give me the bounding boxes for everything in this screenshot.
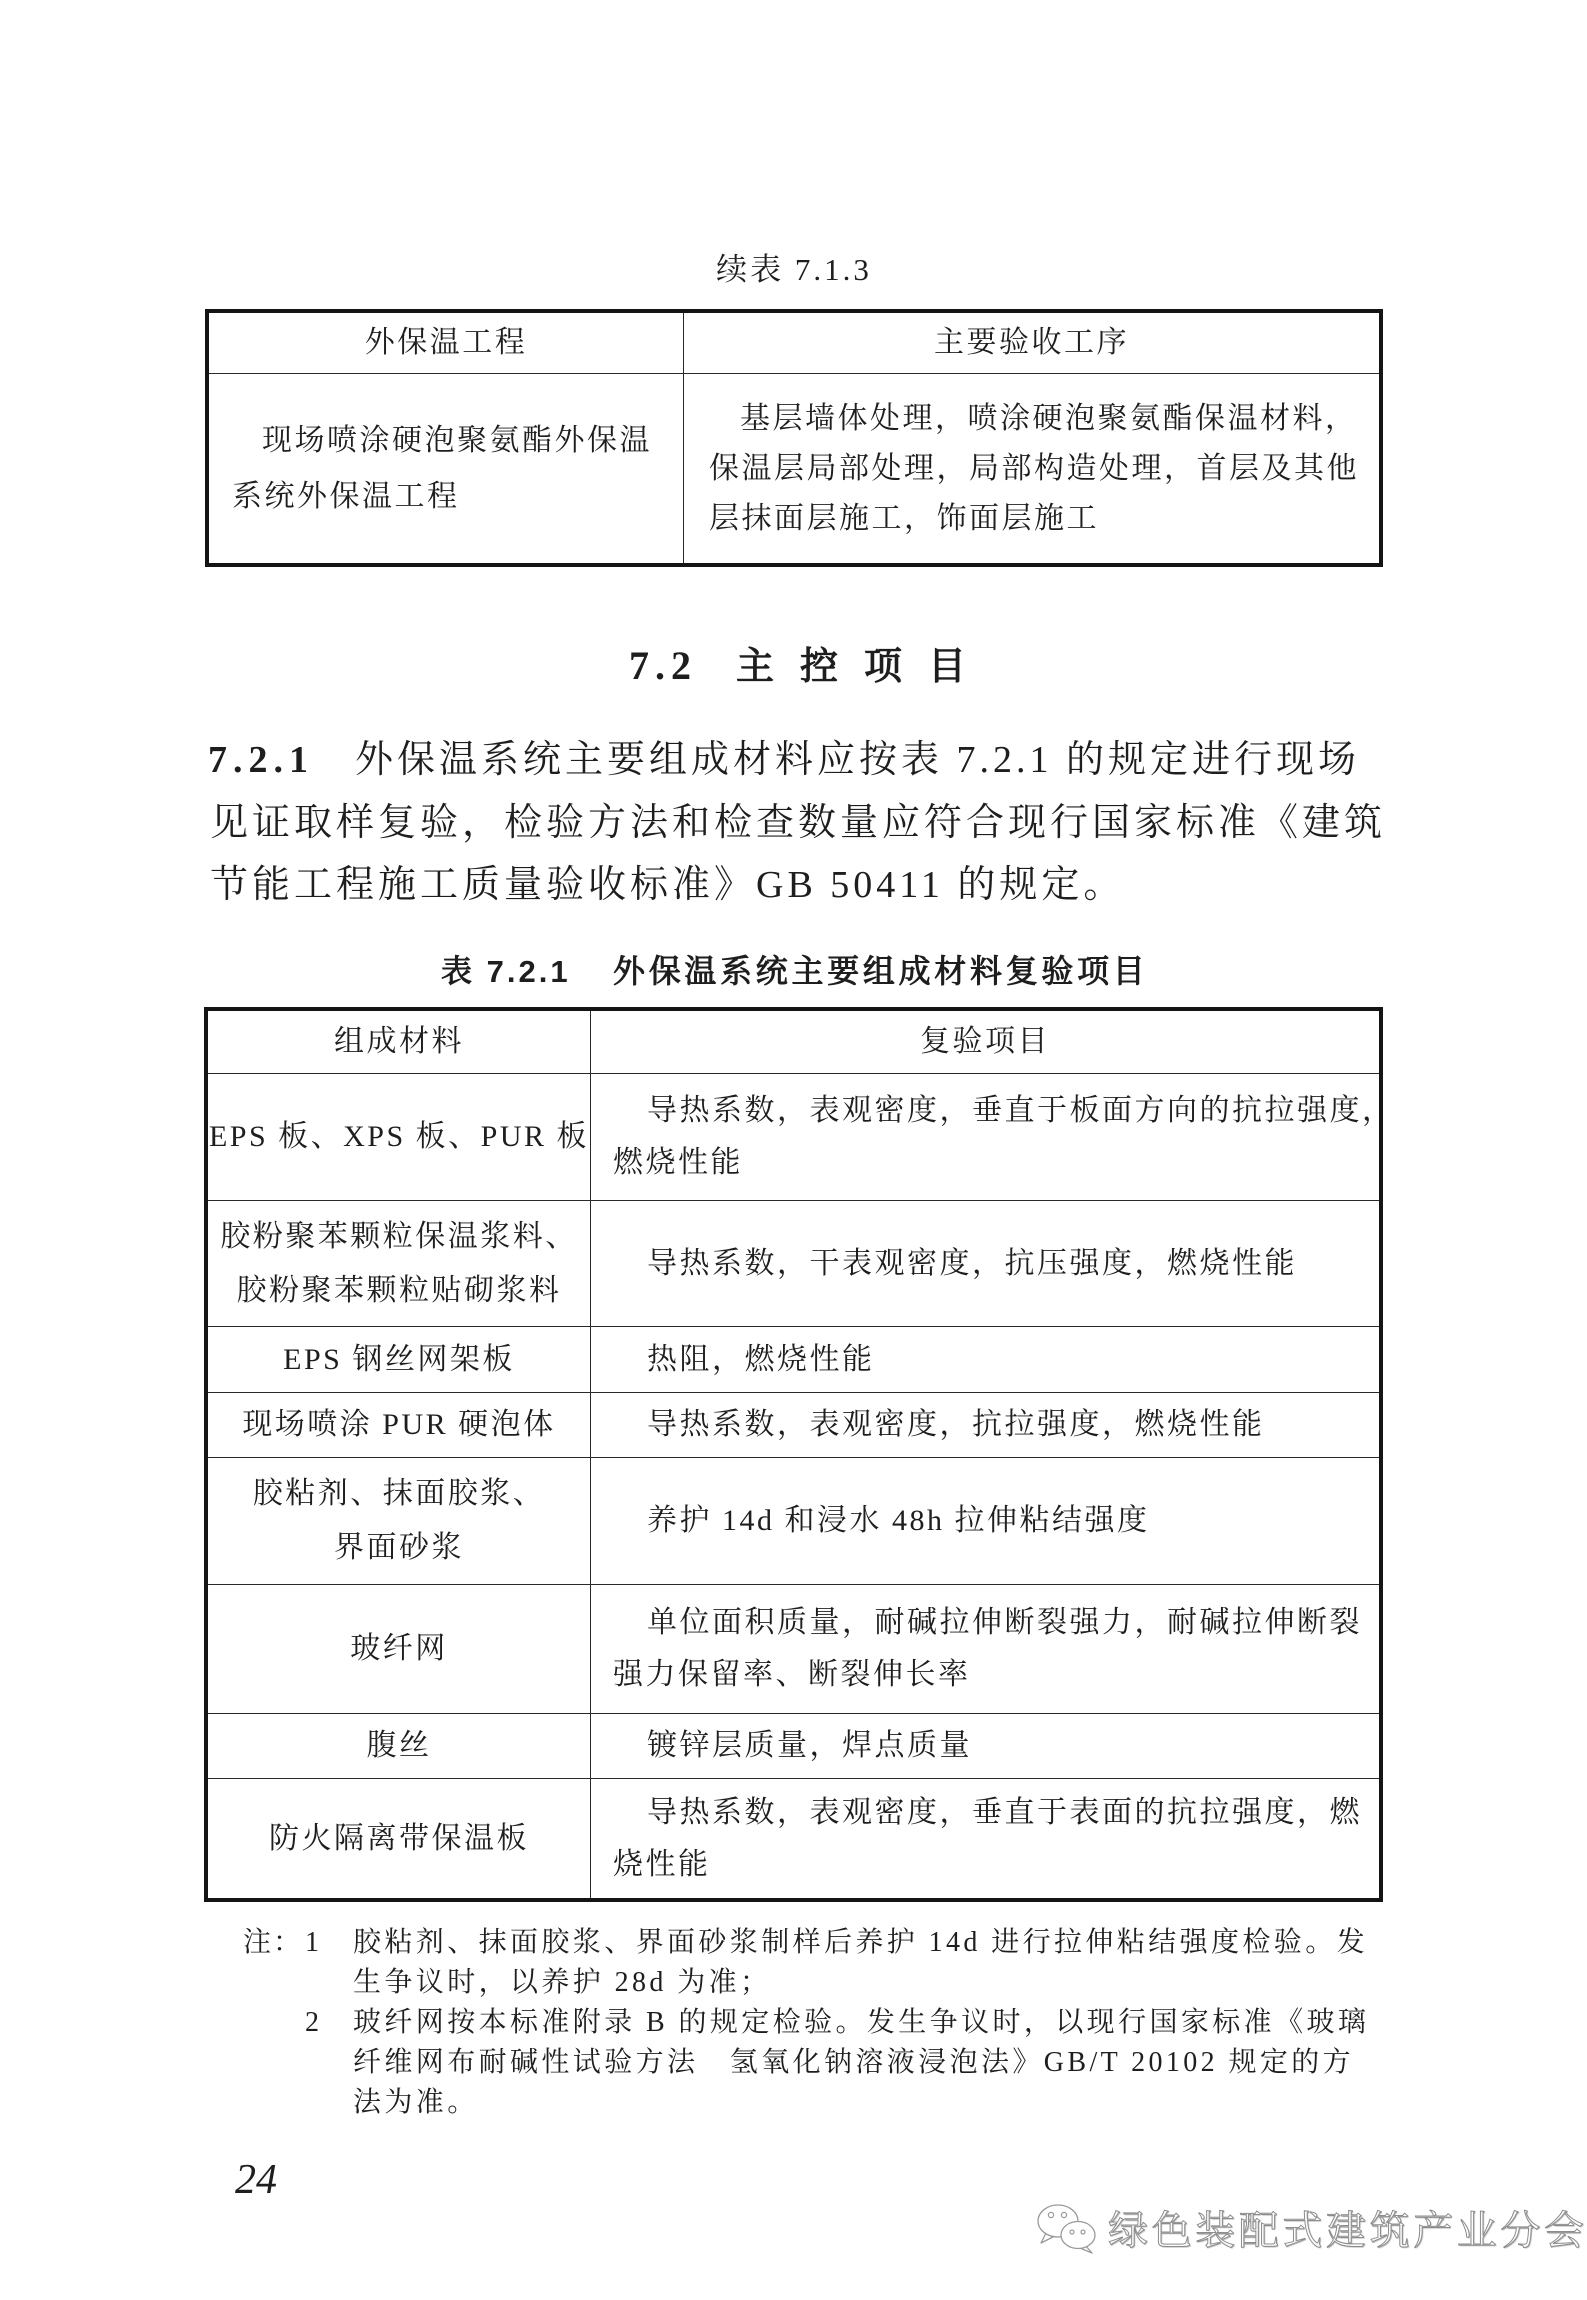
cell-line: 镀锌层质量，焊点质量 — [647, 1720, 972, 1772]
header-label-tests: 复验项目 — [920, 1022, 1050, 1062]
note-line: 法为准。 — [243, 2083, 1413, 2123]
materials-retest-table: 组成材料 复验项目 EPS 板、XPS 板、PUR 板 导热系数，表观密度，垂直… — [204, 1007, 1383, 1902]
note-number: 2 — [305, 2003, 319, 2043]
cell-material: 玻纤网 — [208, 1585, 591, 1713]
cell-line: 防火隔离带保温板 — [269, 1812, 529, 1866]
cell-material: 胶粘剂、抹面胶浆、 界面砂浆 — [208, 1458, 591, 1584]
continued-table-7-1-3: 外保温工程 主要验收工序 现场喷涂硬泡聚氨酯外保温 系统外保温工程 基层墙体处理… — [205, 309, 1383, 567]
cell-tests: 导热系数，表观密度，抗拉强度，燃烧性能 — [591, 1393, 1379, 1457]
cell-line: 界面砂浆 — [334, 1521, 464, 1575]
cell-procedure: 基层墙体处理，喷涂硬泡聚氨酯保温材料， 保温层局部处理，局部构造处理，首层及其他… — [684, 374, 1379, 563]
page-number: 24 — [235, 2155, 277, 2205]
table-header-row: 组成材料 复验项目 — [208, 1011, 1379, 1073]
cell-line: 胶粉聚苯颗粒贴砌浆料 — [237, 1264, 562, 1318]
cell-tests: 导热系数，干表观密度，抗压强度，燃烧性能 — [591, 1201, 1379, 1326]
cell-line: 热阻，燃烧性能 — [647, 1334, 875, 1386]
cell-line: 养护 14d 和浸水 48h 拉伸粘结强度 — [647, 1495, 1150, 1547]
note-line: 2 玻纤网按本标准附录 B 的规定检验。发生争议时，以现行国家标准《玻璃 — [243, 2003, 1413, 2043]
note-text: 生争议时，以养护 28d 为准； — [353, 1963, 771, 2003]
cell-line: 基层墙体处理，喷涂硬泡聚氨酯保温材料， — [740, 394, 1358, 444]
table-caption-label: 表 7.2.1 — [441, 952, 613, 992]
cell-line: 现场喷涂 PUR 硬泡体 — [242, 1398, 555, 1452]
cell-tests: 导热系数，表观密度，垂直于表面的抗拉强度，燃 烧性能 — [591, 1779, 1379, 1898]
table-row: 现场喷涂 PUR 硬泡体 导热系数，表观密度，抗拉强度，燃烧性能 — [208, 1392, 1379, 1457]
cell-tests: 单位面积质量，耐碱拉伸断裂强力，耐碱拉伸断裂 强力保留率、断裂伸长率 — [591, 1585, 1379, 1713]
notes-label: 注： — [243, 1923, 303, 1963]
table-row: 防火隔离带保温板 导热系数，表观密度，垂直于表面的抗拉强度，燃 烧性能 — [208, 1778, 1379, 1898]
clause-number: 7.2.1 — [208, 729, 355, 792]
cell-material: 防火隔离带保温板 — [208, 1779, 591, 1898]
note-text: 玻纤网按本标准附录 B 的规定检验。发生争议时，以现行国家标准《玻璃 — [353, 2003, 1369, 2043]
cell-line: 层抹面层施工，饰面层施工 — [709, 494, 1099, 544]
header-label-project: 外保温工程 — [365, 323, 528, 363]
table-caption-title: 外保温系统主要组成材料复验项目 — [613, 953, 1149, 989]
note-line: 纤维网布耐碱性试验方法 氢氧化钠溶液浸泡法》GB/T 20102 规定的方 — [243, 2043, 1413, 2083]
cell-line: 系统外保温工程 — [232, 469, 460, 525]
cell-line: 导热系数，表观密度，垂直于表面的抗拉强度，燃 — [647, 1787, 1362, 1839]
cell-material: 腹丝 — [208, 1714, 591, 1778]
cell-line: 腹丝 — [367, 1719, 432, 1773]
table-header-row: 外保温工程 主要验收工序 — [209, 313, 1379, 373]
clause-text: 外保温系统主要组成材料应按表 7.2.1 的规定进行现场 — [355, 739, 1360, 781]
cell-line: 胶粉聚苯颗粒保温浆料、 — [220, 1210, 578, 1264]
note-line: 注： 1 胶粘剂、抹面胶浆、界面砂浆制样后养护 14d 进行拉伸粘结强度检验。发 — [243, 1923, 1413, 1963]
header-cell-procedure: 主要验收工序 — [684, 313, 1379, 373]
cell-line: 玻纤网 — [350, 1622, 448, 1676]
cell-material: EPS 钢丝网架板 — [208, 1327, 591, 1392]
header-cell-material: 组成材料 — [208, 1011, 591, 1073]
table-row: 胶粉聚苯颗粒保温浆料、 胶粉聚苯颗粒贴砌浆料 导热系数，干表观密度，抗压强度，燃… — [208, 1200, 1379, 1326]
cell-line: 现场喷涂硬泡聚氨酯外保温 — [262, 413, 652, 469]
note-text: 胶粘剂、抹面胶浆、界面砂浆制样后养护 14d 进行拉伸粘结强度检验。发 — [353, 1923, 1368, 1963]
header-label-procedure: 主要验收工序 — [934, 323, 1129, 363]
cell-line: 强力保留率、断裂伸长率 — [613, 1649, 971, 1701]
cell-tests: 导热系数，表观密度，垂直于板面方向的抗拉强度， 燃烧性能 — [591, 1074, 1395, 1200]
clause-line: 7.2.1外保温系统主要组成材料应按表 7.2.1 的规定进行现场 — [208, 729, 1386, 792]
cell-line: 保温层局部处理，局部构造处理，首层及其他 — [709, 444, 1359, 494]
cell-line: 单位面积质量，耐碱拉伸断裂强力，耐碱拉伸断裂 — [647, 1597, 1362, 1649]
cell-line: EPS 钢丝网架板 — [283, 1333, 515, 1387]
clause-line: 节能工程施工质量验收标准》GB 50411 的规定。 — [210, 854, 1386, 917]
section-heading: 7.2主控项目 — [629, 641, 992, 700]
watermark-text: 绿色装配式建筑产业分会 — [1108, 2208, 1587, 2254]
header-label-material: 组成材料 — [334, 1022, 464, 1062]
cell-line: EPS 板、XPS 板、PUR 板 — [209, 1110, 589, 1164]
table-row: 腹丝 镀锌层质量，焊点质量 — [208, 1713, 1379, 1778]
cell-tests: 镀锌层质量，焊点质量 — [591, 1714, 1379, 1778]
table-caption: 表 7.2.1外保温系统主要组成材料复验项目 — [441, 951, 1149, 998]
note-text: 法为准。 — [353, 2083, 479, 2123]
clause-paragraph: 7.2.1外保温系统主要组成材料应按表 7.2.1 的规定进行现场 见证取样复验… — [208, 729, 1386, 917]
header-cell-tests: 复验项目 — [591, 1011, 1379, 1073]
wechat-icon — [1036, 2202, 1098, 2254]
note-line: 生争议时，以养护 28d 为准； — [243, 1963, 1413, 2003]
cell-line: 导热系数，干表观密度，抗压强度，燃烧性能 — [647, 1238, 1297, 1290]
table-row: 现场喷涂硬泡聚氨酯外保温 系统外保温工程 基层墙体处理，喷涂硬泡聚氨酯保温材料，… — [209, 373, 1379, 563]
note-text: 纤维网布耐碱性试验方法 氢氧化钠溶液浸泡法》GB/T 20102 规定的方 — [353, 2043, 1354, 2083]
document-page: 续表 7.1.3 外保温工程 主要验收工序 现场喷涂硬泡聚氨酯外保温 系统外保温… — [0, 0, 1587, 2300]
cell-line: 导热系数，表观密度，垂直于板面方向的抗拉强度， — [647, 1085, 1395, 1137]
cell-line: 燃烧性能 — [613, 1137, 743, 1189]
cell-project: 现场喷涂硬泡聚氨酯外保温 系统外保温工程 — [209, 374, 684, 563]
header-cell-project: 外保温工程 — [209, 313, 684, 373]
table-row: 玻纤网 单位面积质量，耐碱拉伸断裂强力，耐碱拉伸断裂 强力保留率、断裂伸长率 — [208, 1584, 1379, 1713]
clause-line: 见证取样复验，检验方法和检查数量应符合现行国家标准《建筑 — [210, 792, 1386, 855]
table-row: 胶粘剂、抹面胶浆、 界面砂浆 养护 14d 和浸水 48h 拉伸粘结强度 — [208, 1457, 1379, 1584]
table-row: EPS 板、XPS 板、PUR 板 导热系数，表观密度，垂直于板面方向的抗拉强度… — [208, 1073, 1379, 1200]
cell-material: EPS 板、XPS 板、PUR 板 — [208, 1074, 591, 1200]
section-title: 主控项目 — [736, 646, 992, 688]
note-number: 1 — [305, 1923, 319, 1963]
table-notes: 注： 1 胶粘剂、抹面胶浆、界面砂浆制样后养护 14d 进行拉伸粘结强度检验。发… — [243, 1923, 1413, 2123]
cell-material: 胶粉聚苯颗粒保温浆料、 胶粉聚苯颗粒贴砌浆料 — [208, 1201, 591, 1326]
continued-table-caption: 续表 7.1.3 — [205, 250, 1383, 290]
cell-line: 胶粘剂、抹面胶浆、 — [253, 1467, 546, 1521]
table-row: EPS 钢丝网架板 热阻，燃烧性能 — [208, 1326, 1379, 1392]
cell-line: 导热系数，表观密度，抗拉强度，燃烧性能 — [647, 1399, 1265, 1451]
cell-line: 烧性能 — [613, 1839, 711, 1891]
cell-tests: 养护 14d 和浸水 48h 拉伸粘结强度 — [591, 1458, 1379, 1584]
cell-tests: 热阻，燃烧性能 — [591, 1327, 1379, 1392]
section-number: 7.2 — [629, 643, 697, 688]
cell-material: 现场喷涂 PUR 硬泡体 — [208, 1393, 591, 1457]
